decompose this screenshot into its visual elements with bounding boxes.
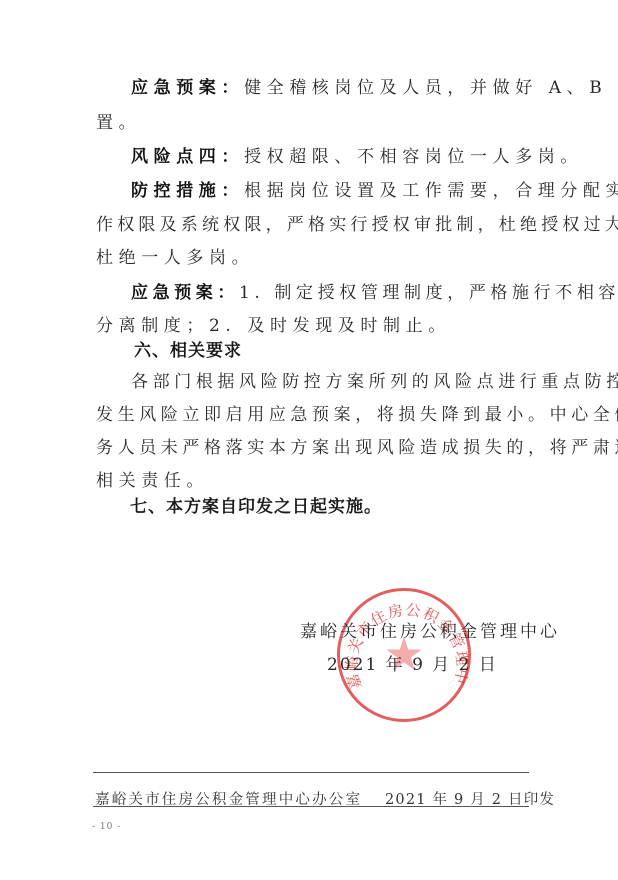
paragraph-risk-point-4: 风险点四：授权超限、不相容岗位一人多岗。 [131, 147, 571, 167]
paragraph-emergency-plan-1: 应急预案：健全稽核岗位及人员，并做好 A、B 岗位设 [131, 78, 571, 98]
label-control-measures: 防控措施： [131, 181, 244, 201]
label-emergency-plan: 应急预案： [131, 78, 244, 98]
signature-date: 2021 年 9 月 2 日 [327, 655, 498, 675]
paragraph-continuation: 发生风险立即启用应急预案，将损失降到最小。中心全体业 [96, 405, 536, 425]
section-heading-6: 六、相关要求 [134, 341, 574, 361]
label-emergency-plan: 应急预案： [131, 283, 239, 303]
footer-divider-top [93, 772, 529, 773]
paragraph-emergency-plan-2: 应急预案：1. 制定授权管理制度，严格施行不相容岗位 [131, 283, 571, 303]
paragraph-requirements: 各部门根据风险防控方案所列的风险点进行重点防控， [131, 372, 571, 392]
label-risk-point: 风险点四： [131, 147, 244, 167]
paragraph-continuation: 务人员未严格落实本方案出现风险造成损失的，将严肃追究 [96, 438, 536, 458]
signature-organization: 嘉峪关市住房公积金管理中心 [300, 622, 560, 642]
paragraph-text: 根据岗位设置及工作需要，合理分配实际操 [244, 181, 618, 201]
paragraph-continuation: 分离制度；2. 及时发现及时制止。 [96, 316, 536, 336]
footer-divider-bottom [93, 806, 529, 807]
paragraph-text: 健全稽核岗位及人员，并做好 A、B 岗位设 [244, 78, 618, 98]
paragraph-continuation: 置。 [96, 113, 536, 133]
paragraph-text: 1. 制定授权管理制度，严格施行不相容岗位 [239, 283, 618, 303]
section-heading-7: 七、本方案自印发之日起实施。 [130, 497, 570, 517]
paragraph-continuation: 作权限及系统权限，严格实行授权审批制，杜绝授权过大， [96, 215, 536, 235]
paragraph-text: 授权超限、不相容岗位一人多岗。 [244, 147, 583, 167]
page-number: - 10 - [92, 822, 121, 832]
paragraph-continuation: 杜绝一人多岗。 [96, 248, 536, 268]
paragraph-control-measures: 防控措施：根据岗位设置及工作需要，合理分配实际操 [131, 181, 571, 201]
paragraph-continuation: 相关责任。 [96, 471, 536, 491]
